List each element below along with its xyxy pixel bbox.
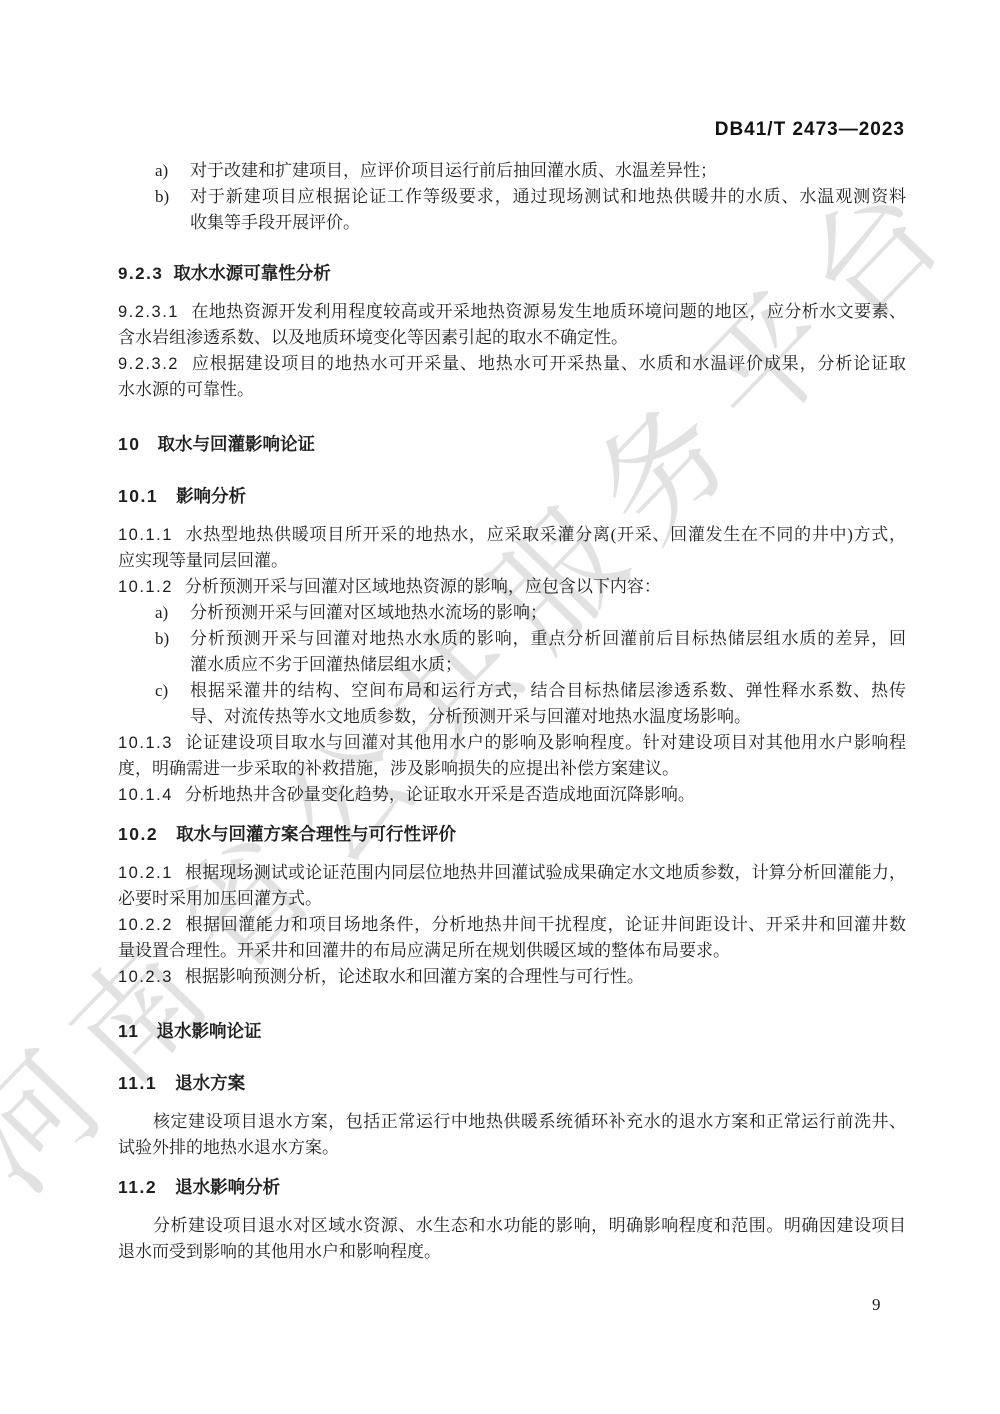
text-line: 9.2.3.1在地热资源开发利用程度较高或开采地热资源易发生地质环境问题的地区，… [118, 299, 906, 325]
text-line: 10.2.3根据影响预测分析，论述取水和回灌方案的合理性与可行性。 [118, 964, 906, 990]
page-number: 9 [872, 1295, 881, 1315]
list-marker: c) [155, 678, 168, 704]
text-line: 度，明确需进一步采取的补救措施，涉及影响损失的应提出补偿方案建议。 [118, 756, 906, 782]
paragraph-10-1-4: 10.1.4分析地热井含砂量变化趋势，论证取水开采是否造成地面沉降影响。 [118, 782, 906, 808]
heading-title: 退水影响分析 [175, 1177, 280, 1197]
paragraph-20: 核定建设项目退水方案，包括正常运行中地热供暖系统循环补充水的退水方案和正常运行前… [118, 1109, 906, 1161]
section-heading-11: 11退水影响论证 [118, 1018, 906, 1044]
clause-number: 10.2.1 [118, 864, 173, 882]
heading-number: 10 [118, 434, 140, 454]
heading-number: 11.2 [118, 1177, 157, 1197]
text-line: 水水源的可靠性。 [118, 377, 906, 403]
clause-number: 9.2.3.2 [118, 355, 179, 373]
text-line: 10.1.4分析地热井含砂量变化趋势，论证取水开采是否造成地面沉降影响。 [118, 782, 906, 808]
heading-number: 11.1 [118, 1073, 157, 1093]
text-line: 导、对流传热等水文地质参数，分析预测开采与回灌对地热水温度场影响。 [190, 704, 906, 730]
paragraph-9-2-3-1: 9.2.3.1在地热资源开发利用程度较高或开采地热资源易发生地质环境问题的地区，… [118, 299, 906, 351]
clause-number: 10.2.2 [118, 916, 173, 934]
text-line: 收集等手段开展评价。 [190, 210, 906, 236]
list-marker: a) [155, 158, 168, 184]
paragraph-10-1-2: 10.1.2分析预测开采与回灌对区域地热资源的影响，应包含以下内容： [118, 574, 906, 600]
text-line: 10.2.2根据回灌能力和项目场地条件，分析地热井间干扰程度，论证井间距设计、开… [118, 912, 906, 938]
paragraph-22: 分析建设项目退水对区域水资源、水生态和水功能的影响，明确影响程度和范围。明确因建… [118, 1213, 906, 1265]
heading-title: 取水水源可靠性分析 [173, 263, 331, 283]
clause-number: 10.1.3 [118, 734, 173, 752]
paragraph-10-1-3: 10.1.3论证建设项目取水与回灌对其他用水户的影响及影响程度。针对建设项目对其… [118, 730, 906, 782]
list-marker: b) [155, 626, 169, 652]
clause-number: 10.1.1 [118, 526, 173, 544]
text-line: 分析建设项目退水对区域水资源、水生态和水功能的影响，明确影响程度和范围。明确因建… [118, 1213, 906, 1239]
list-marker: a) [155, 600, 168, 626]
section-heading-10-1: 10.1影响分析 [118, 483, 906, 509]
text-line: 量设置合理性。开采井和回灌井的布局应满足所在规划供暖区域的整体布局要求。 [118, 938, 906, 964]
text-line: b)对于新建项目应根据论证工作等级要求，通过现场测试和地热供暖井的水质、水温观测… [190, 184, 906, 210]
list-item-1: b)对于新建项目应根据论证工作等级要求，通过现场测试和地热供暖井的水质、水温观测… [118, 184, 906, 236]
section-heading-10: 10取水与回灌影响论证 [118, 431, 906, 457]
paragraph-10-2-1: 10.2.1根据现场测试或论证范围内同层位地热井回灌试验成果确定水文地质参数，计… [118, 860, 906, 912]
text-line: b)分析预测开采与回灌对地热水水质的影响，重点分析回灌前后目标热储层组水质的差异… [190, 626, 906, 652]
text-line: c)根据采灌井的结构、空间布局和运行方式，结合目标热储层渗透系数、弹性释水系数、… [190, 678, 906, 704]
heading-number: 10.1 [118, 486, 158, 506]
heading-title: 退水方案 [175, 1073, 245, 1093]
text-line: 退水而受到影响的其他用水户和影响程度。 [118, 1239, 906, 1265]
section-heading-9-2-3: 9.2.3取水水源可靠性分析 [118, 260, 906, 287]
text-line: 10.1.1水热型地热供暖项目所开采的地热水，应采取采灌分离(开采、回灌发生在不… [118, 522, 906, 548]
text-line: a)对于改建和扩建项目，应评价项目运行前后抽回灌水质、水温差异性； [190, 158, 906, 184]
heading-number: 11 [118, 1021, 140, 1041]
text-line: 必要时采用加压回灌方式。 [118, 886, 906, 912]
text-line: 试验外排的地热水退水方案。 [118, 1135, 906, 1161]
heading-title: 取水与回灌方案合理性与可行性评价 [176, 824, 456, 844]
standard-code-header: DB41/T 2473—2023 [715, 119, 905, 141]
clause-number: 9.2.3.1 [118, 303, 179, 321]
text-line: 应实现等量同层回灌。 [118, 548, 906, 574]
section-heading-10-2: 10.2取水与回灌方案合理性与可行性评价 [118, 821, 906, 847]
list-item-0: a)对于改建和扩建项目，应评价项目运行前后抽回灌水质、水温差异性； [118, 158, 906, 184]
heading-number: 9.2.3 [118, 264, 163, 283]
text-line: a)分析预测开采与回灌对区域地热水流场的影响； [190, 600, 906, 626]
clause-number: 10.1.4 [118, 786, 173, 804]
text-line: 10.1.2分析预测开采与回灌对区域地热资源的影响，应包含以下内容： [118, 574, 906, 600]
section-heading-11-2: 11.2退水影响分析 [118, 1174, 906, 1200]
text-line: 灌水质应不劣于回灌热储层组水质； [190, 652, 906, 678]
text-line: 核定建设项目退水方案，包括正常运行中地热供暖系统循环补充水的退水方案和正常运行前… [118, 1109, 906, 1135]
text-line: 含水岩组渗透系数、以及地质环境变化等因素引起的取水不确定性。 [118, 325, 906, 351]
text-line: 10.2.1根据现场测试或论证范围内同层位地热井回灌试验成果确定水文地质参数，计… [118, 860, 906, 886]
text-line: 9.2.3.2应根据建设项目的地热水可开采量、地热水可开采热量、水质和水温评价成… [118, 351, 906, 377]
heading-number: 10.2 [118, 824, 158, 844]
document-page: 河南省公共服务平台 DB41/T 2473—2023 a)对于改建和扩建项目，应… [0, 0, 1000, 1414]
clause-number: 10.2.3 [118, 968, 173, 986]
paragraph-10-1-1: 10.1.1水热型地热供暖项目所开采的地热水，应采取采灌分离(开采、回灌发生在不… [118, 522, 906, 574]
list-item-9: a)分析预测开采与回灌对区域地热水流场的影响； [118, 600, 906, 626]
heading-title: 影响分析 [176, 486, 246, 506]
paragraph-9-2-3-2: 9.2.3.2应根据建设项目的地热水可开采量、地热水可开采热量、水质和水温评价成… [118, 351, 906, 403]
list-item-10: b)分析预测开采与回灌对地热水水质的影响，重点分析回灌前后目标热储层组水质的差异… [118, 626, 906, 678]
document-body: a)对于改建和扩建项目，应评价项目运行前后抽回灌水质、水温差异性；b)对于新建项… [118, 0, 906, 1265]
list-marker: b) [155, 184, 169, 210]
paragraph-10-2-3: 10.2.3根据影响预测分析，论述取水和回灌方案的合理性与可行性。 [118, 964, 906, 990]
paragraph-10-2-2: 10.2.2根据回灌能力和项目场地条件，分析地热井间干扰程度，论证井间距设计、开… [118, 912, 906, 964]
heading-title: 退水影响论证 [157, 1021, 262, 1041]
list-item-11: c)根据采灌井的结构、空间布局和运行方式，结合目标热储层渗透系数、弹性释水系数、… [118, 678, 906, 730]
text-line: 10.1.3论证建设项目取水与回灌对其他用水户的影响及影响程度。针对建设项目对其… [118, 730, 906, 756]
section-heading-11-1: 11.1退水方案 [118, 1070, 906, 1096]
heading-title: 取水与回灌影响论证 [157, 434, 315, 454]
clause-number: 10.1.2 [118, 578, 173, 596]
